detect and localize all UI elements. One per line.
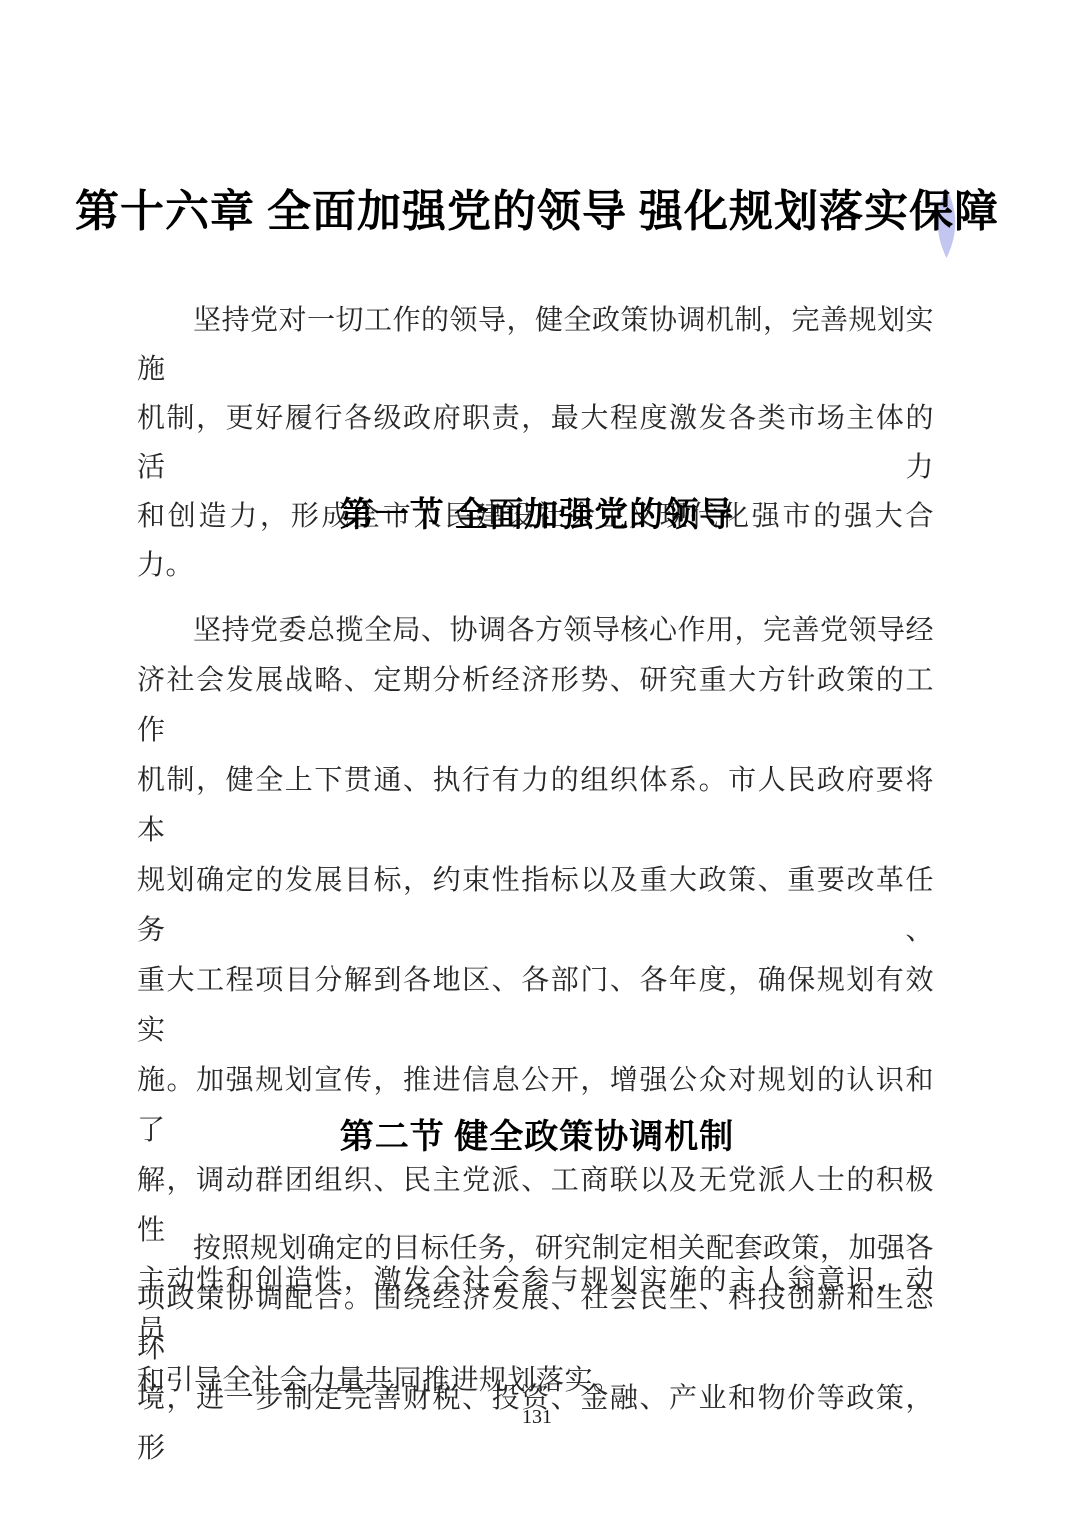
section-2-title: 第二节 健全政策协调机制 bbox=[0, 1116, 1074, 1160]
section-2-paragraph: 按照规划确定的目标任务，研究制定相关配套政策，加强各项政策协调配合。围绕经济发展… bbox=[137, 1224, 934, 1474]
text-line: 按照规划确定的目标任务，研究制定相关配套政策，加强各 bbox=[137, 1224, 934, 1274]
page-number: 131 bbox=[0, 1404, 1074, 1430]
document-page: 第十六章 全面加强党的领导 强化规划落实保障 坚持党对一切工作的领导，健全政策协… bbox=[0, 0, 1074, 1520]
text-line: 济社会发展战略、定期分析经济形势、研究重大方针政策的工作 bbox=[137, 656, 934, 756]
text-line: 坚持党委总揽全局、协调各方领导核心作用，完善党领导经 bbox=[137, 606, 934, 656]
intro-paragraph: 坚持党对一切工作的领导，健全政策协调机制，完善规划实施机制，更好履行各级政府职责… bbox=[137, 296, 934, 590]
chapter-title: 第十六章 全面加强党的领导 强化规划落实保障 bbox=[0, 184, 1074, 240]
text-line: 坚持党对一切工作的领导，健全政策协调机制，完善规划实施 bbox=[137, 296, 934, 394]
text-line: 规划确定的发展目标，约束性指标以及重大政策、重要改革任务、 bbox=[137, 856, 934, 956]
section-1-title: 第一节 全面加强党的领导 bbox=[0, 494, 1074, 538]
text-line: 重大工程项目分解到各地区、各部门、各年度，确保规划有效实 bbox=[137, 956, 934, 1056]
text-line: 机制，健全上下贯通、执行有力的组织体系。市人民政府要将本 bbox=[137, 756, 934, 856]
text-line: 项政策协调配合。围绕经济发展、社会民生、科技创新和生态环 bbox=[137, 1274, 934, 1374]
text-line: 机制，更好履行各级政府职责，最大程度激发各类市场主体的活力 bbox=[137, 394, 934, 492]
